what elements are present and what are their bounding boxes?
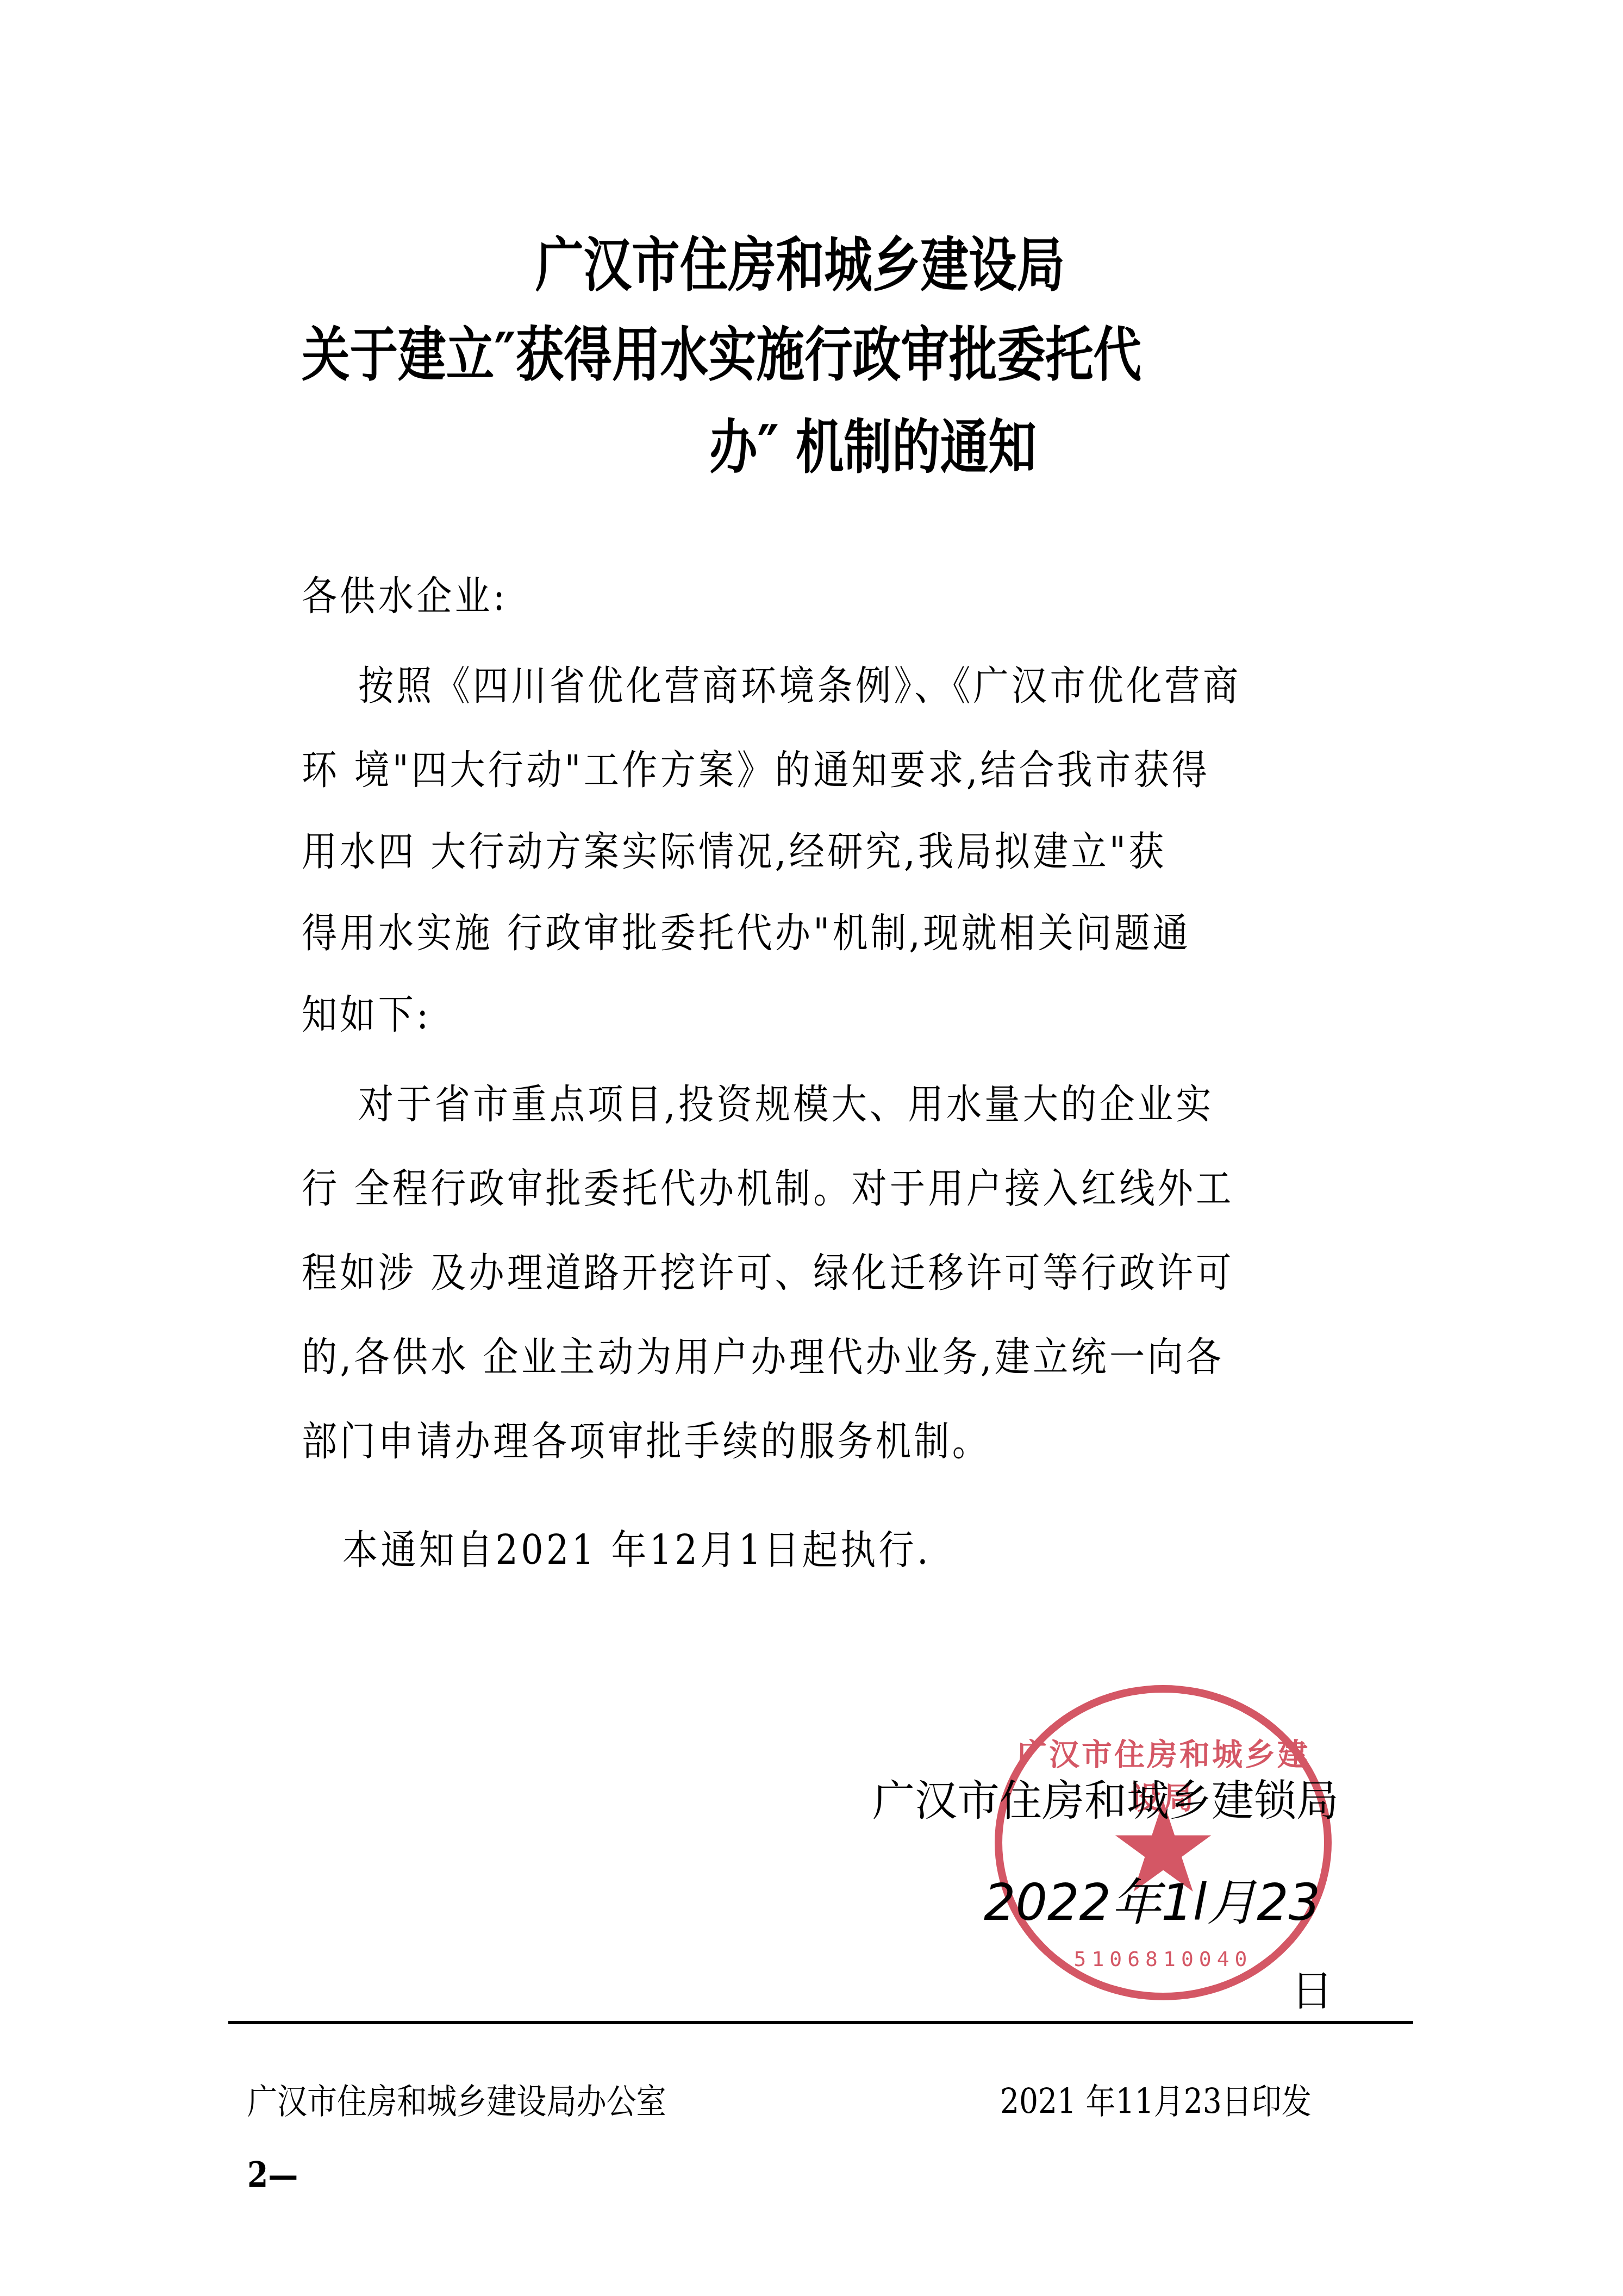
date-suffix: 日 <box>1291 1970 1333 2013</box>
official-seal-stamp: 广汉市住房和城乡建设局 ★ 5106810040 <box>995 1685 1332 2000</box>
salutation: 各供水企业: <box>302 576 508 616</box>
handwritten-date: 2022年1l月23 <box>984 1878 1320 1928</box>
paragraph-line: 得用水实施 行政审批委托代办"机制,现就相关问题通 <box>302 913 1191 953</box>
effective-notice: 本通知自2021 年12月1日起执行. <box>342 1530 931 1570</box>
footer-print-date: 2021 年11月23日印发 <box>1000 2085 1312 2119</box>
paragraph-line: 环 境"四大行动"工作方案》的通知要求,结合我市获得 <box>302 750 1210 790</box>
title-line-1: 广汉市住房和城乡建设局 <box>535 236 1065 295</box>
paragraph-line: 的,各供水 企业主动为用户办理代办业务,建立统一向各 <box>302 1337 1224 1377</box>
paragraph-line: 行 全程行政审批委托代办机制。对于用户接入红线外工 <box>302 1169 1234 1209</box>
page-number: 2— <box>247 2158 298 2193</box>
title-line-2: 关于建立″获得用水实施行政审批委托代 <box>302 326 1141 385</box>
paragraph-line: 部门申请办理各项审批手续的服务机制。 <box>302 1421 990 1462</box>
stamp-code: 5106810040 <box>1002 1947 1324 1971</box>
paragraph-line: 用水四 大行动方案实际情况,经研究,我局拟建立"获 <box>302 832 1167 872</box>
paragraph-line: 知如下: <box>302 995 431 1035</box>
paragraph-line: 按照《四川省优化营商环境条例》、《广汉市优化营商 <box>302 666 1241 706</box>
paragraph-line: 程如涉 及办理道路开挖许可、绿化迁移许可等行政许可 <box>302 1253 1234 1293</box>
footer-divider <box>228 2021 1413 2024</box>
issuer-signature: 广汉市住房和城乡建锁局 <box>872 1780 1339 1823</box>
paragraph-line: 对于省市重点项目,投资规模大、用水量大的企业实 <box>302 1084 1214 1125</box>
title-line-3: 办″ 机制的通知 <box>709 419 1037 477</box>
footer-office: 广汉市住房和城乡建设局办公室 <box>247 2085 666 2119</box>
